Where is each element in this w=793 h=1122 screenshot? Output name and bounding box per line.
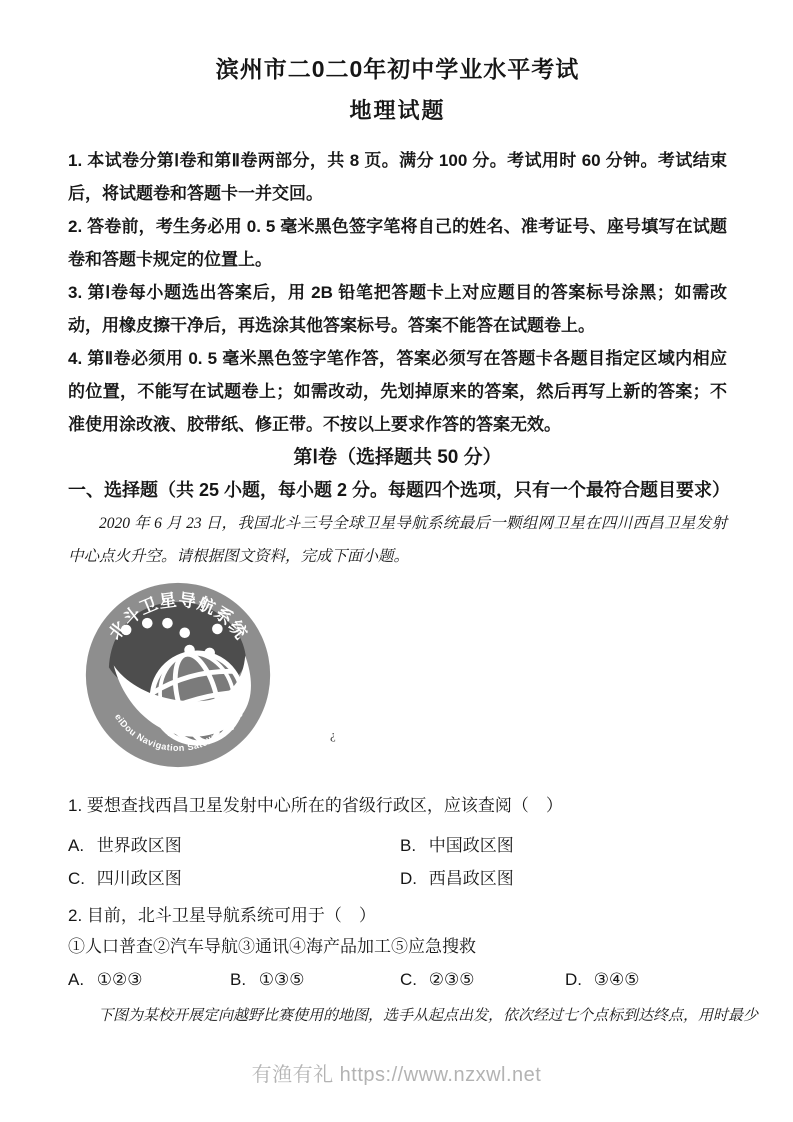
intro-passage: 2020 年 6 月 23 日，我国北斗三号全球卫星导航系统最后一颗组网卫星在四…	[68, 507, 727, 573]
exam-content: 滨州市二0二0年初中学业水平考试 地理试题 1. 本试卷分第Ⅰ卷和第Ⅱ卷两部分，…	[0, 0, 793, 1032]
exam-paper-page: 滨州市二0二0年初中学业水平考试 地理试题 1. 本试卷分第Ⅰ卷和第Ⅱ卷两部分，…	[0, 0, 793, 1122]
question-2-option-b: B. ①③⑤	[230, 963, 400, 996]
question-2-option-c: C. ②③⑤	[400, 963, 565, 996]
option-label: B.	[230, 963, 254, 996]
doc-subtitle: 地理试题	[68, 96, 727, 126]
question-2-option-d: D. ③④⑤	[565, 963, 727, 996]
option-text: 四川政区图	[97, 869, 182, 888]
instruction-3: 3. 第Ⅰ卷每小题选出答案后，用 2B 铅笔把答题卡上对应题目的答案标号涂黑；如…	[68, 276, 727, 342]
question-1-options: A. 世界政区图 B. 中国政区图 C. 四川政区图 D. 西昌政区图	[68, 829, 727, 895]
beidou-logo-icon: 北斗卫星导航系统 BeiDou Navigation Satellite Sys…	[82, 579, 274, 771]
option-label: C.	[68, 862, 92, 895]
option-text: ①②③	[97, 970, 143, 989]
question-1-option-d: D. 西昌政区图	[400, 862, 727, 895]
question-1-option-b: B. 中国政区图	[400, 829, 727, 862]
question-2-option-a: A. ①②③	[68, 963, 230, 996]
option-label: A.	[68, 829, 92, 862]
watermark-footer: 有渔有礼 https://www.nzxwl.net	[0, 1058, 793, 1087]
doc-title: 滨州市二0二0年初中学业水平考试	[68, 54, 727, 84]
option-text: 世界政区图	[97, 836, 182, 855]
option-label: C.	[400, 963, 424, 996]
option-label: B.	[400, 829, 424, 862]
option-text: ①③⑤	[259, 970, 305, 989]
multiple-choice-heading: 一、选择题（共 25 小题，每小题 2 分。每题四个选项，只有一个最符合题目要求…	[68, 474, 727, 507]
question-1-option-c: C. 四川政区图	[68, 862, 400, 895]
question-1-text: 1. 要想查找西昌卫星发射中心所在的省级行政区，应该查阅（ ）	[68, 791, 727, 821]
option-label: A.	[68, 963, 92, 996]
option-label: D.	[565, 963, 589, 996]
scan-artifact-mark: ¿	[330, 727, 336, 743]
option-text: ③④⑤	[594, 970, 640, 989]
option-label: D.	[400, 862, 424, 895]
option-text: ②③⑤	[429, 970, 475, 989]
instruction-1: 1. 本试卷分第Ⅰ卷和第Ⅱ卷两部分，共 8 页。满分 100 分。考试用时 60…	[68, 144, 727, 210]
option-text: 西昌政区图	[429, 869, 514, 888]
instruction-2: 2. 答卷前，考生务必用 0. 5 毫米黑色签字笔将自己的姓名、准考证号、座号填…	[68, 210, 727, 276]
option-text: 中国政区图	[429, 836, 514, 855]
instruction-4: 4. 第Ⅱ卷必须用 0. 5 毫米黑色签字笔作答，答案必须写在答题卡各题目指定区…	[68, 342, 727, 441]
part1-heading: 第Ⅰ卷（选择题共 50 分）	[68, 441, 727, 474]
question-1-option-a: A. 世界政区图	[68, 829, 400, 862]
closing-passage: 下图为某校开展定向越野比赛使用的地图，选手从起点出发，依次经过七个点标到达终点，…	[68, 1000, 727, 1032]
question-2-numbered-items: ①人口普查②汽车导航③通讯④海产品加工⑤应急搜救	[68, 931, 727, 963]
question-2-options: A. ①②③ B. ①③⑤ C. ②③⑤ D. ③④⑤	[68, 963, 727, 996]
question-2-text: 2. 目前，北斗卫星导航系统可用于（ ）	[68, 901, 727, 931]
beidou-logo-figure: 北斗卫星导航系统 BeiDou Navigation Satellite Sys…	[82, 579, 727, 775]
